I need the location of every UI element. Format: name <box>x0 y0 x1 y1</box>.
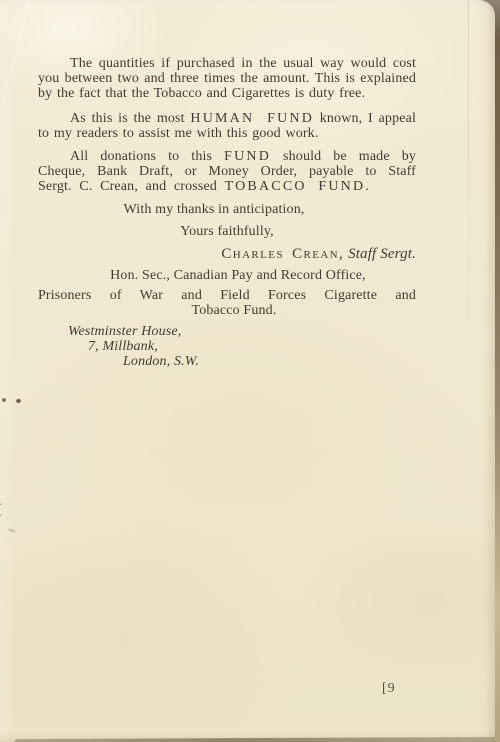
paper-mark: ( <box>0 502 2 518</box>
signature-line: Charles Crean, Staff Sergt. <box>38 245 416 263</box>
signature-title: Staff Sergt. <box>348 246 416 262</box>
paper-smudge <box>8 528 17 533</box>
thanks-line: With my thanks in anticipation, <box>38 202 390 217</box>
address-line-3: London, S.W. <box>38 354 416 369</box>
paragraph-text: As this is the most <box>70 111 190 126</box>
address-line-1: Westminster House, <box>38 324 416 339</box>
spaced-caps-human-fund: HUMAN FUND <box>190 111 314 126</box>
role-line: Hon. Sec., Canadian Pay and Record Offic… <box>60 268 416 283</box>
spaced-caps-fund: FUND <box>224 149 271 164</box>
paragraph-text: . <box>365 179 369 194</box>
scanned-book-page-screenshot: The quantities if purchased in the usual… <box>0 0 500 742</box>
org-line-2: Tobacco Fund. <box>52 303 416 318</box>
paper-crease <box>468 0 469 380</box>
paragraph-human-fund: As this is the most HUMAN FUND known, I … <box>38 111 416 141</box>
paragraph-quantities: The quantities if purchased in the usual… <box>38 56 416 102</box>
spaced-caps-tobacco-fund: TOBACCO FUND <box>225 179 366 194</box>
valediction-line: Yours faithfully, <box>38 224 416 239</box>
address-block: Westminster House, 7, Millbank, London, … <box>38 324 416 370</box>
page-text-block: The quantities if purchased in the usual… <box>38 56 416 370</box>
org-line-1: Prisoners of War and Field Forces Cigare… <box>38 288 416 303</box>
signature-name: Charles Crean, <box>221 246 344 262</box>
ink-speck <box>2 398 6 402</box>
paper-crease <box>0 0 34 130</box>
paragraph-donations: All donations to this FUND should be mad… <box>38 149 416 195</box>
address-line-2: 7, Millbank, <box>38 339 416 354</box>
paragraph-text: The quantities if purchased in the usual… <box>38 56 416 101</box>
page-edge-shadow <box>14 737 495 742</box>
paragraph-text: All donations to this <box>70 149 224 164</box>
page-number: [9 <box>382 681 396 697</box>
book-page: The quantities if purchased in the usual… <box>0 0 495 742</box>
ink-speck <box>16 399 21 403</box>
